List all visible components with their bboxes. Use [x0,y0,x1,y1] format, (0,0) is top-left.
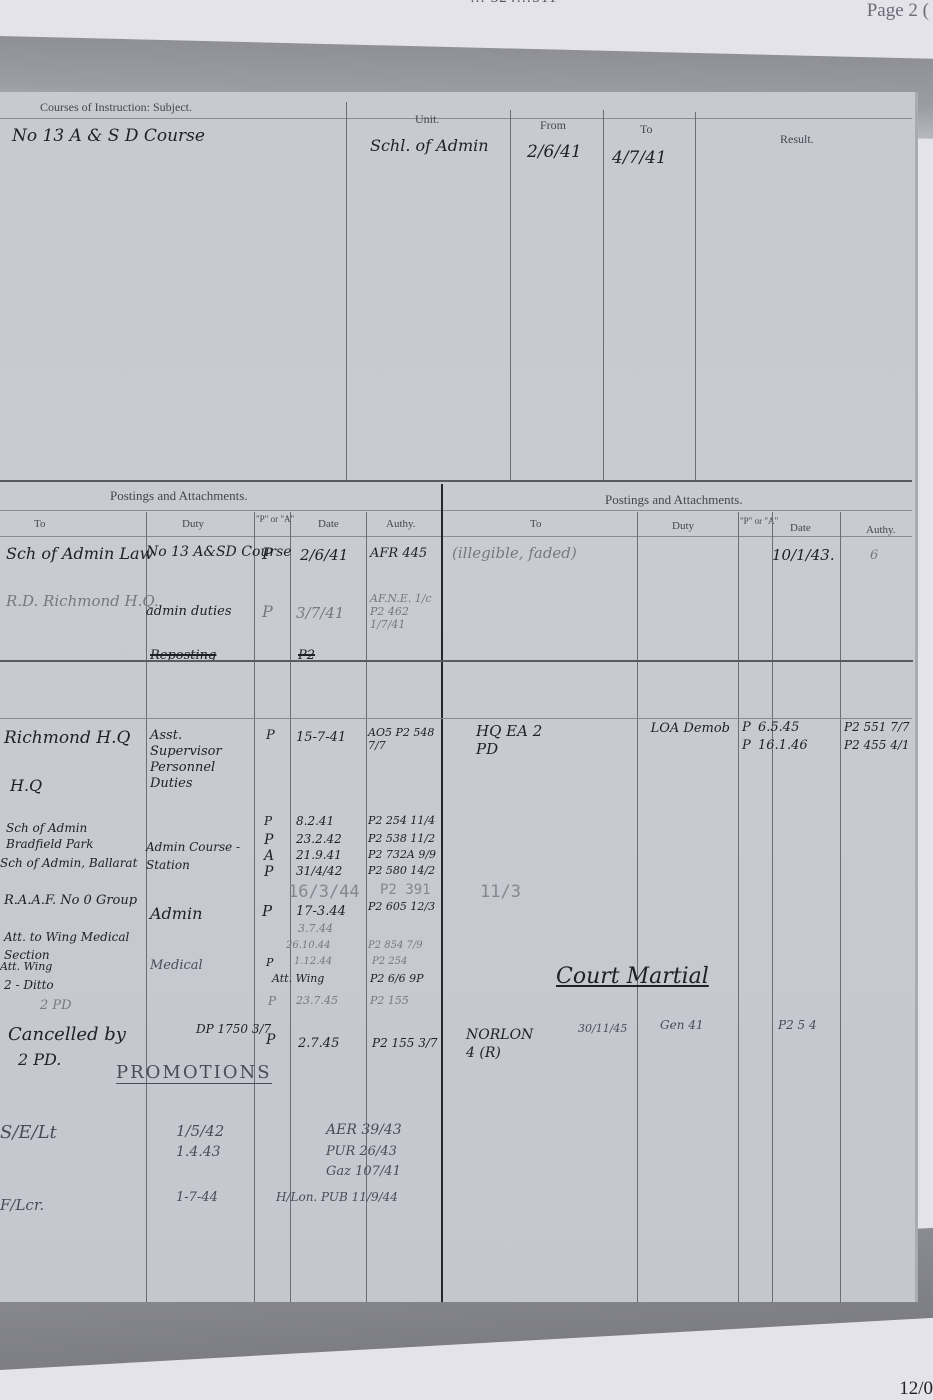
posting-duty: LOA Demob [640,720,730,738]
posting-authy: AF.N.E. 1/c P2 462 1/7/41 [370,592,442,631]
posting-authy: 6 [870,548,878,563]
posting-to: 2 PD. [18,1050,61,1069]
col-divider [254,512,255,1302]
left-header-duty: Duty [182,518,204,530]
left-header-pa: "P" or "A" [256,514,294,524]
posting-date: Gen 41 [660,1018,704,1032]
record-sheet: Courses of Instruction: Subject. Unit. F… [0,92,918,1302]
posting-authy: P2 732A 9/9 [368,848,436,861]
posting-to-faded: (illegible, faded) [452,544,577,562]
col-divider [603,110,604,480]
posting-pa: P [268,994,276,1008]
rule [0,536,912,537]
left-header-authy: Authy. [386,518,416,530]
stamped-authy: P2 391 [380,882,431,898]
course-from: 2/6/41 [527,142,582,162]
posting-to: 2 - Ditto [4,978,54,992]
posting-pa: P [264,864,273,880]
rule [0,660,441,662]
posting-date: 16.1.46 [758,738,808,753]
posting-authy: P2 580 14/2 [368,864,435,877]
signature: Court Martial [556,964,709,989]
stamped-date: 16/3/44 [288,882,360,902]
header-result: Result. [780,132,814,147]
posting-authy: P2 605 12/3 [368,900,435,913]
promotion-authority: AER 39/43 [326,1122,402,1138]
col-divider [637,512,638,1302]
postings-right-title: Postings and Attachments. [605,492,743,508]
course-to: 4/7/41 [612,148,667,168]
header-from: From [540,118,566,133]
header-to: To [640,122,653,137]
posting-pa: A [264,848,274,864]
posting-duty: Admin Course - Station [146,838,256,874]
right-header-to: To [530,518,541,530]
section-rule [0,480,912,482]
posting-duty: Admin [150,904,202,923]
posting-date: 17-3.44 [296,904,346,919]
posting-date: 6.5.45 [758,720,799,735]
promotion-authority: Gaz 107/41 [326,1164,401,1179]
rule [0,118,912,119]
posting-pa: P [264,832,273,848]
posting-date: 21.9.41 [296,848,342,862]
posting-date: 2.7.45 [298,1036,339,1051]
posting-to-hq: H.Q [10,776,42,795]
posting-authy: P2 155 3/7 [372,1036,438,1050]
promotion-date: 1-7-44 [176,1190,218,1205]
col-divider [346,102,347,480]
posting-authy: P2 551 7/7 [844,720,910,734]
cancelled-note: Cancelled by [8,1024,126,1045]
posting-authy: P2 254 11/4 [368,814,435,827]
posting-to: Att. Wing [0,960,52,973]
page-number: Page 2 ( [867,0,929,22]
promotion-date: 1.4.43 [176,1144,221,1160]
posting-date: 23.7.45 [296,994,338,1007]
promotion-rank: F/Lcr. [0,1196,44,1214]
posting-to: R.A.A.F. No 0 Group [4,892,144,910]
posting-pa: P [262,902,272,920]
left-header-date: Date [318,518,339,530]
posting-authy: P2 854 7/9 [368,940,423,951]
course-subject: No 13 A & S D Course [12,126,205,146]
header-subject: Courses of Instruction: Subject. [40,100,192,115]
posting-date: 1.12.44 [294,956,332,967]
posting-to: Sch of Admin, Ballarat [0,856,137,870]
col-divider [738,512,739,1302]
posting-pa: P [266,728,275,743]
posting-date: Att. Wing [272,972,324,985]
posting-to: Att. to Wing Medical Section [4,928,144,964]
date-stamp: 12/0 [899,1378,933,1400]
posting-to: Sch of Admin Bradfield Park [6,820,146,852]
posting-pa: P [264,814,272,828]
rule [0,718,912,719]
col-divider [840,512,841,1302]
posting-pa: P [266,1032,275,1048]
posting-date: 10/1/43. [772,546,835,564]
promotion-authority: PUR 26/43 [326,1144,397,1159]
col-divider [510,110,511,480]
posting-authy: AFR 445 [370,546,427,561]
posting-authy: P2 6/6 9P [370,972,424,985]
course-unit: Schl. of Admin [370,136,489,155]
col-divider [772,512,773,1302]
rule [441,660,913,662]
posting-pa: P [742,738,751,753]
right-header-duty: Duty [672,520,694,532]
posting-authy: P2 254 [372,956,407,967]
promotions-title: PROMOTIONS [116,1062,272,1084]
posting-pa: P [266,956,273,969]
posting-authy: P2 155 [370,994,409,1007]
header-unit: Unit. [415,112,439,127]
posting-pa: P [262,544,273,563]
posting-pa: P [262,602,273,621]
posting-date: 3/7/41 [296,604,344,622]
promotion-date: 1/5/42 [176,1122,224,1140]
posting-to: NORLON 4 (R) [466,1026,546,1062]
posting-date: 31/4/42 [296,864,342,878]
posting-authy: P2 5 4 [778,1018,817,1032]
posting-date: 2/6/41 [300,546,348,564]
posting-authy: AO5 P2 548 7/7 [368,726,440,752]
right-header-date: Date [790,522,811,534]
posting-date: 26.10.44 [286,940,331,951]
posting-duty: admin duties [146,604,232,619]
left-header-to: To [34,518,45,530]
right-header-authy: Authy. [866,524,896,536]
posting-to: Sch of Admin Law [6,544,153,563]
cancelled-ref: DP 1750 3/7 [196,1022,271,1036]
posting-date: 23.2.42 [296,832,342,846]
posting-to: R.D. Richmond H.Q. [6,592,159,610]
posting-duty: Asst. Supervisor Personnel Duties [150,728,250,792]
col-divider [290,512,291,1302]
posting-to: 2 PD [40,998,72,1013]
posting-date: 3.7.44 [298,922,333,935]
posting-authy: P2 455 4/1 [844,738,910,752]
col-divider [146,512,147,1302]
posting-pa: P [742,720,751,735]
posting-date: 15-7-41 [296,730,346,745]
postings-left-title: Postings and Attachments. [110,488,248,504]
col-divider [695,112,696,480]
posting-date: 8.2.41 [296,814,334,828]
posting-to: Richmond H.Q [4,728,130,748]
posting-duty: 30/11/45 [578,1022,627,1035]
posting-duty: Medical [150,958,203,973]
promotion-authority: H/Lon. PUB 11/9/44 [276,1190,398,1204]
stamp-note: 11/3 [480,882,521,902]
rule [0,510,912,511]
posting-to: HQ EA 2 PD [476,722,546,758]
top-reference: … 324…511 [470,0,557,7]
posting-authy: P2 538 11/2 [368,832,435,845]
promotion-rank: S/E/Lt [0,1122,57,1143]
col-divider [366,512,367,1302]
